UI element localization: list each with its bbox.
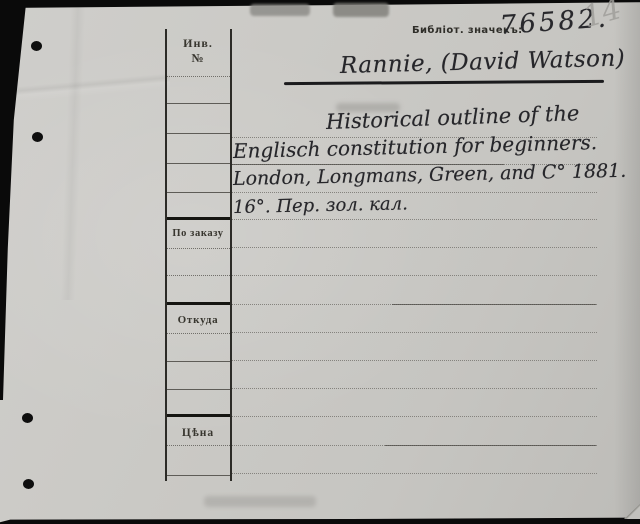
- ruled-line: [232, 275, 597, 276]
- ruled-line: [232, 247, 597, 248]
- field-label-inventory: Инв. №: [166, 36, 230, 66]
- column-line: [167, 103, 230, 104]
- punch-hole: [22, 413, 33, 423]
- catalog-text-line: Historical outline of the: [326, 101, 580, 134]
- column-line-thick: [167, 217, 230, 220]
- column-line-thick: [167, 302, 230, 305]
- scanned-catalog-card: Инв. № По заказу Откуда Цѣна Библіот. зн…: [0, 0, 640, 524]
- field-label-inventory-line2: №: [166, 51, 230, 66]
- ink-smudge: [333, 3, 389, 17]
- paper-edge-shadow: [614, 0, 640, 524]
- column-line: [167, 445, 230, 446]
- catalog-text-line: Englisch constitution for beginners.: [233, 130, 598, 163]
- ink-smudge: [250, 4, 310, 16]
- paper-crease: [60, 0, 86, 300]
- paper-crease: [0, 70, 170, 100]
- column-line-thick: [167, 414, 230, 417]
- ruled-line: [232, 192, 597, 193]
- ruled-line: [232, 416, 597, 417]
- ruled-line: [232, 473, 597, 474]
- column-line: [167, 133, 230, 134]
- author-heading: Rannie, (David Watson): [340, 46, 626, 79]
- punch-hole: [23, 479, 34, 489]
- column-rule-right: [230, 29, 232, 481]
- column-line: [167, 475, 230, 476]
- ruled-line: [232, 388, 597, 389]
- ruled-line-dark-segment: [385, 445, 596, 446]
- field-label-po-zakazu: По заказу: [166, 228, 230, 239]
- ruled-line: [232, 332, 597, 333]
- column-line: [167, 389, 230, 390]
- column-line: [167, 275, 230, 276]
- field-label-inventory-line1: Инв.: [166, 36, 230, 51]
- field-label-cena: Цѣна: [166, 427, 230, 439]
- column-line: [167, 192, 230, 193]
- scanner-edge-top: [0, 0, 640, 8]
- ink-ghost: [204, 496, 316, 507]
- column-line: [167, 361, 230, 362]
- ruled-line: [232, 219, 597, 220]
- punch-hole: [31, 41, 42, 51]
- ruled-line: [232, 360, 597, 361]
- column-line: [167, 333, 230, 334]
- scanner-edge-left: [0, 0, 30, 400]
- author-underline: [284, 80, 604, 85]
- column-line: [167, 248, 230, 249]
- column-line: [167, 163, 230, 164]
- column-line: [167, 76, 230, 77]
- catalog-text-line: 16°. Пер. зол. кал.: [233, 193, 408, 218]
- scanner-edge-bottom: [0, 517, 640, 524]
- ruled-line-dark-segment: [392, 304, 596, 305]
- field-label-otkuda: Откуда: [166, 314, 230, 326]
- punch-hole: [32, 132, 43, 142]
